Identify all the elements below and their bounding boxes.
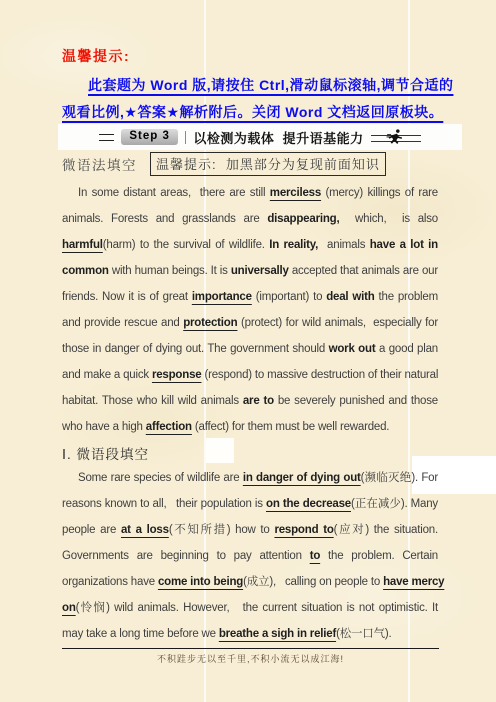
- highlighted-term: harmful: [62, 239, 103, 251]
- text-line: on(怜悯) wild animals. However, the curren…: [62, 595, 438, 621]
- text-segment: may take a long time before we: [62, 628, 219, 640]
- text-segment: In some distant areas, there are still: [78, 187, 270, 199]
- text-segment: Some rare species of wildlife are: [78, 472, 243, 484]
- text-segment: (affect) for them must be well rewarded.: [192, 421, 389, 433]
- step-badge: Step 3: [121, 129, 178, 145]
- grammar-fill-paragraph: In some distant areas, there are still m…: [62, 180, 438, 440]
- page-content: 温馨提示: 此套题为 Word 版,请按住 Ctrl,滑动鼠标滚轴,调节合适的 …: [0, 0, 496, 702]
- text-line: Some rare species of wildlife are in dan…: [62, 465, 438, 491]
- highlighted-term: come into being: [158, 576, 243, 588]
- text-line: friends. Now it is of great importance (…: [62, 284, 438, 310]
- step-banner-title: 以检测为载体 提升语基能力: [193, 128, 363, 147]
- highlighted-term: affection: [146, 421, 192, 433]
- text-segment: which, is also: [339, 213, 438, 225]
- text-line: who have a high affection (affect) for t…: [62, 414, 438, 440]
- text-segment: with human beings. It is: [109, 265, 231, 277]
- text-segment: (成立), calling on people to: [243, 576, 383, 588]
- decor-double-line: [99, 134, 114, 141]
- text-segment: animals. Forests and grasslands are: [62, 213, 267, 225]
- text-segment: be severely punished and those: [274, 395, 438, 407]
- text-line: those in danger of dying out. The govern…: [62, 336, 438, 362]
- highlighted-term: to: [310, 550, 320, 562]
- text-segment: and provide rescue and: [62, 317, 183, 329]
- passage-fill-paragraph: Some rare species of wildlife are in dan…: [62, 465, 438, 647]
- section-label-grammar-fill: 微语法填空: [62, 154, 137, 174]
- highlighted-term: common: [62, 265, 109, 277]
- highlighted-term: importance: [192, 291, 252, 303]
- text-line: common with human beings. It is universa…: [62, 258, 438, 284]
- warm-tip-title: 温馨提示:: [62, 46, 130, 66]
- text-segment: who have a high: [62, 421, 146, 433]
- text-segment: a good plan: [375, 343, 438, 355]
- text-segment: (应对) the situation.: [334, 524, 438, 536]
- highlighted-term: universally: [231, 265, 289, 277]
- text-line: In some distant areas, there are still m…: [62, 180, 438, 206]
- highlighted-term: at a loss: [121, 524, 169, 536]
- highlighted-term: are to: [243, 395, 274, 407]
- highlighted-term: respond to: [274, 524, 333, 536]
- section-heading-passage-fill: Ⅰ. 微语段填空: [62, 443, 149, 463]
- text-segment: (正在减少). Many: [351, 498, 438, 510]
- text-segment: (不知所措) how to: [169, 524, 275, 536]
- highlighted-term: have mercy: [383, 576, 444, 588]
- highlighted-term: protection: [183, 317, 237, 329]
- text-segment: Governments are beginning to pay attenti…: [62, 550, 310, 562]
- notice-link-line-1[interactable]: 此套题为 Word 版,请按住 Ctrl,滑动鼠标滚轴,调节合适的: [62, 75, 468, 95]
- text-line: habitat. Those who kill wild animals are…: [62, 388, 438, 414]
- text-line: organizations have come into being(成立), …: [62, 569, 438, 595]
- text-line: animals. Forests and grasslands are disa…: [62, 206, 438, 232]
- text-line: harmful(harm) to the survival of wildlif…: [62, 232, 438, 258]
- text-line: people are at a loss(不知所措) how to respon…: [62, 517, 438, 543]
- text-segment: (濒临灭绝). For: [361, 472, 438, 484]
- text-segment: the problem. Certain: [320, 550, 438, 562]
- runner-icon: [371, 127, 421, 147]
- text-segment: habitat. Those who kill wild animals: [62, 395, 243, 407]
- section-row: 微语法填空 温馨提示: 加黑部分为复现前面知识: [62, 152, 386, 176]
- highlighted-term: response: [152, 369, 202, 381]
- text-line: and make a quick response (respond) to m…: [62, 362, 438, 388]
- highlighted-term: on the decrease: [266, 498, 351, 510]
- text-segment: animals: [318, 239, 370, 251]
- text-line: and provide rescue and protection (prote…: [62, 310, 438, 336]
- highlighted-term: In reality,: [269, 239, 318, 251]
- text-line: may take a long time before we breathe a…: [62, 621, 438, 647]
- text-segment: (松一口气).: [336, 628, 391, 640]
- decor-separator: [185, 131, 187, 144]
- highlighted-term: have a lot in: [370, 239, 438, 251]
- tip-box: 温馨提示: 加黑部分为复现前面知识: [150, 152, 386, 176]
- text-segment: (harm) to the survival of wildlife.: [103, 239, 269, 251]
- text-line: Governments are beginning to pay attenti…: [62, 543, 438, 569]
- text-segment: organizations have: [62, 576, 158, 588]
- highlighted-term: deal with: [326, 291, 374, 303]
- text-segment: friends. Now it is of great: [62, 291, 192, 303]
- highlighted-term: in danger of dying out: [243, 472, 361, 484]
- text-segment: reasons known to all, their population i…: [62, 498, 266, 510]
- text-segment: accepted that animals are our: [289, 265, 438, 277]
- notice-link-line-2[interactable]: 观看比例,★答案★解析附后。关闭 Word 文档返回原板块。: [62, 102, 442, 122]
- text-segment: people are: [62, 524, 121, 536]
- text-segment: the problem: [375, 291, 438, 303]
- text-segment: (怜悯) wild animals. However, the current …: [76, 602, 438, 614]
- highlighted-term: disappearing,: [267, 213, 339, 225]
- text-segment: and make a quick: [62, 369, 152, 381]
- word-document-page: { "colors": { "link_blue": "#0b0bee", "w…: [0, 0, 496, 702]
- footer-rule: [62, 648, 439, 649]
- text-segment: (respond) to massive destruction of thei…: [201, 369, 438, 381]
- text-segment: (protect) for wild animals, especially f…: [237, 317, 438, 329]
- highlighted-term: merciless: [270, 187, 321, 199]
- footer-quote: 不积跬步无以至千里,不积小流无以成江海!: [62, 652, 439, 665]
- highlighted-term: work out: [329, 343, 376, 355]
- text-segment: (important) to: [252, 291, 326, 303]
- highlighted-term: on: [62, 602, 76, 614]
- highlighted-term: breathe a sigh in relief: [219, 628, 336, 640]
- step-banner: Step 3 以检测为载体 提升语基能力: [58, 124, 462, 150]
- text-segment: those in danger of dying out. The govern…: [62, 343, 329, 355]
- text-line: reasons known to all, their population i…: [62, 491, 438, 517]
- text-segment: (mercy) killings of rare: [321, 187, 438, 199]
